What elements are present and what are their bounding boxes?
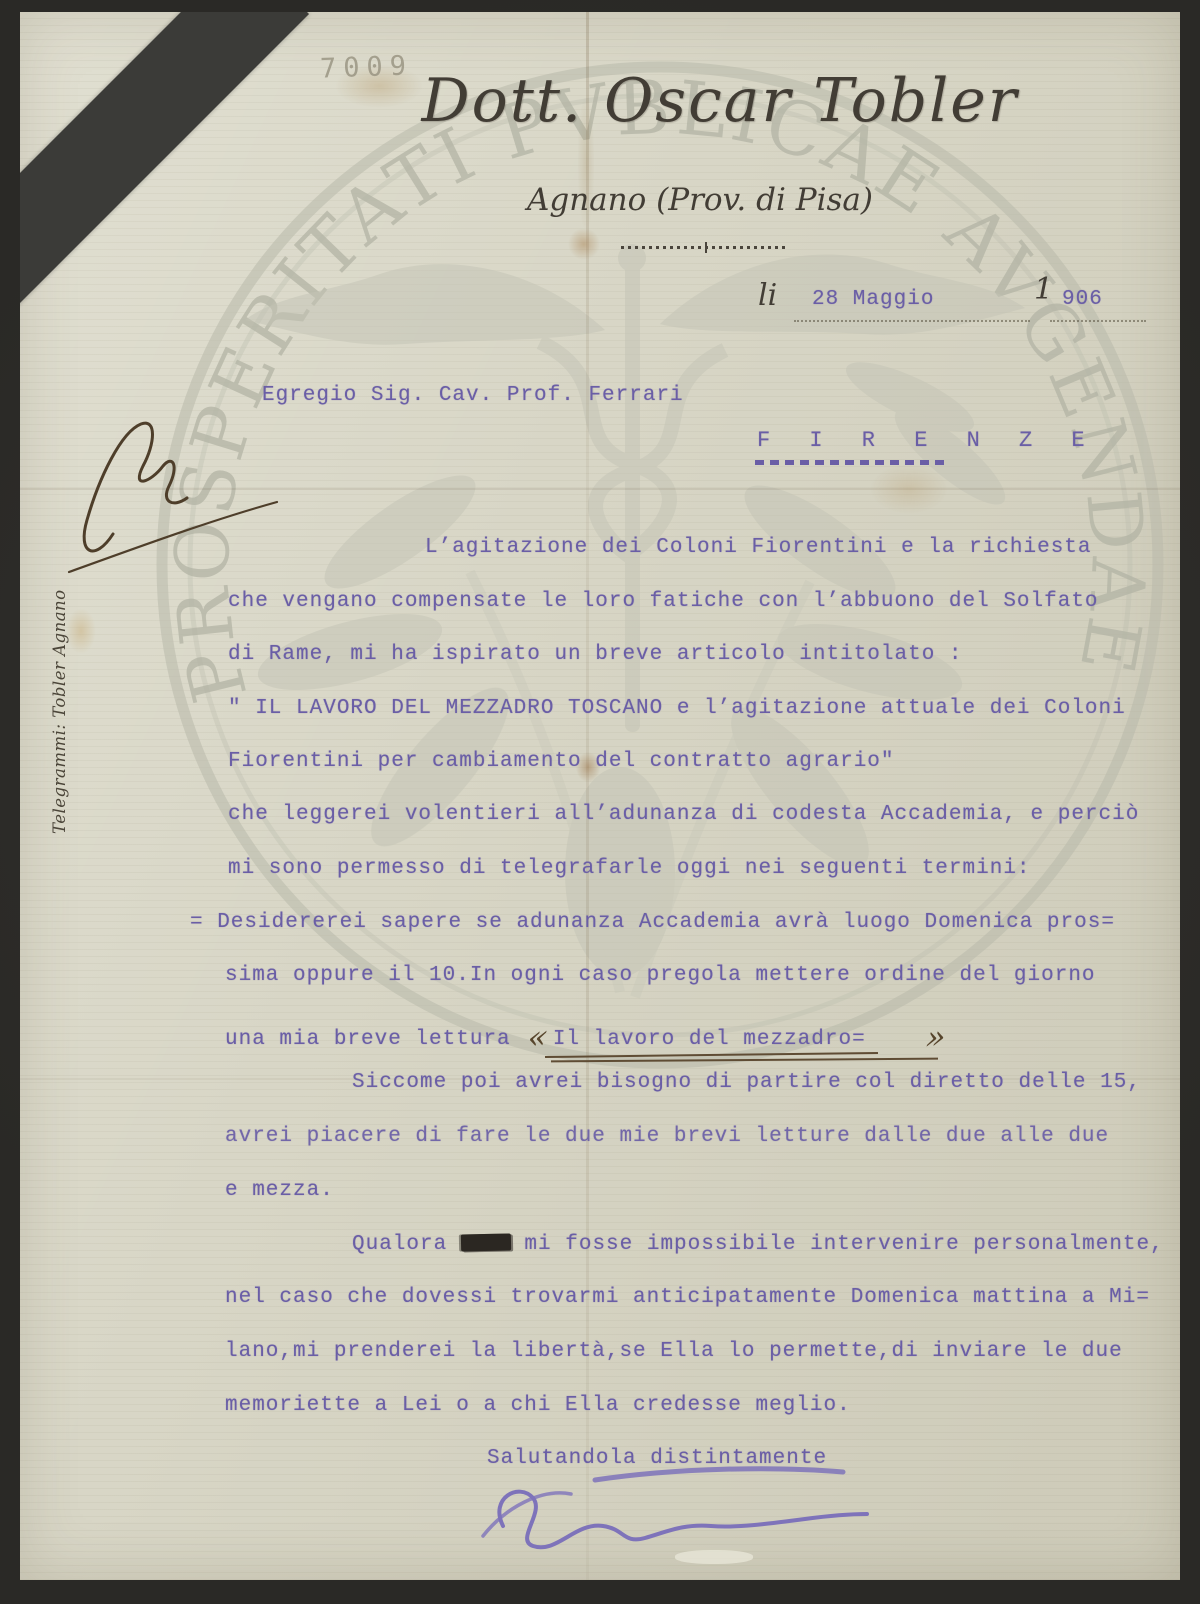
body-line-article-title: Fiorentini per cambiamento del contratto… xyxy=(228,750,895,773)
recipient-city: F I R E N Z E xyxy=(757,428,1098,453)
letterhead-divider xyxy=(621,246,789,249)
date-dotted-leader xyxy=(794,318,1030,322)
body-line: Siccome poi avrei bisogno di partire col… xyxy=(352,1071,1141,1094)
date-prefix: li xyxy=(758,278,777,313)
letterhead-telegram-address: Telegrammi: Tobler Agnano xyxy=(50,589,69,834)
body-line: avrei piacere di fare le due mie brevi l… xyxy=(225,1125,1109,1148)
body-line-text: Qualora xyxy=(352,1233,461,1256)
body-line: lano,mi prenderei la libertà,se Ella lo … xyxy=(225,1340,1123,1363)
body-line-telegram: una mia breve lettura «Il lavoro del mez… xyxy=(225,1018,950,1056)
paper-stain xyxy=(66,608,96,654)
typed-date: 28 Maggio xyxy=(812,288,934,311)
letter-page: PROSPERITATI PVBLICAE AVGENDAE xyxy=(20,12,1180,1580)
handwritten-open-guillemet: « xyxy=(526,1017,551,1057)
body-line: che leggerei volentieri all’adunanza di … xyxy=(228,803,1139,826)
mourning-corner-band xyxy=(20,12,309,311)
body-line: memoriette a Lei o a chi Ella credesse m… xyxy=(225,1394,851,1417)
city-dashed-underline xyxy=(755,460,945,465)
date-dotted-leader xyxy=(1050,318,1146,322)
letterhead-location: Agnano (Prov. di Pisa) xyxy=(120,182,1180,218)
body-line-telegram: = Desidererei sapere se adunanza Accadem… xyxy=(190,911,1115,934)
handwritten-signature xyxy=(475,1464,895,1569)
printed-year-digit: 1 xyxy=(1034,272,1053,307)
paper-stain xyxy=(870,464,948,514)
body-line-article-title: " IL LAVORO DEL MEZZADRO TOSCANO e l’agi… xyxy=(228,697,1126,720)
handwritten-r-annotation xyxy=(55,404,285,584)
body-line: che vengano compensate le loro fatiche c… xyxy=(228,590,1099,613)
recipient-line: Egregio Sig. Cav. Prof. Ferrari xyxy=(262,384,684,407)
body-line: nel caso che dovessi trovarmi anticipata… xyxy=(225,1286,1150,1309)
letterhead-name: Dott. Oscar Tobler xyxy=(140,66,1180,136)
handwritten-close-guillemet: » xyxy=(923,1017,948,1057)
body-line: di Rame, mi ha ispirato un breve articol… xyxy=(228,643,963,666)
body-line: mi sono permesso di telegrafarle oggi ne… xyxy=(228,857,1031,880)
scan-background: PROSPERITATI PVBLICAE AVGENDAE xyxy=(0,0,1200,1604)
body-line-telegram: sima oppure il 10.In ogni caso pregola m… xyxy=(225,964,1096,987)
body-line: e mezza. xyxy=(225,1179,334,1202)
paper-stain xyxy=(568,228,600,260)
body-line: Qualora mi fosse impossibile intervenire… xyxy=(352,1232,1164,1256)
body-line-text: mi fosse impossibile intervenire persona… xyxy=(511,1233,1164,1256)
seal-caduceus-emblem xyxy=(245,244,1025,997)
body-line: L’agitazione dei Coloni Fiorentini e la … xyxy=(425,536,1092,559)
lecture-line-text: una mia breve lettura xyxy=(225,1028,524,1051)
typed-year: 906 xyxy=(1062,288,1103,311)
ink-blot-redaction xyxy=(461,1233,511,1251)
underlined-lecture-title: Il lavoro del mezzadro= xyxy=(553,1028,866,1051)
